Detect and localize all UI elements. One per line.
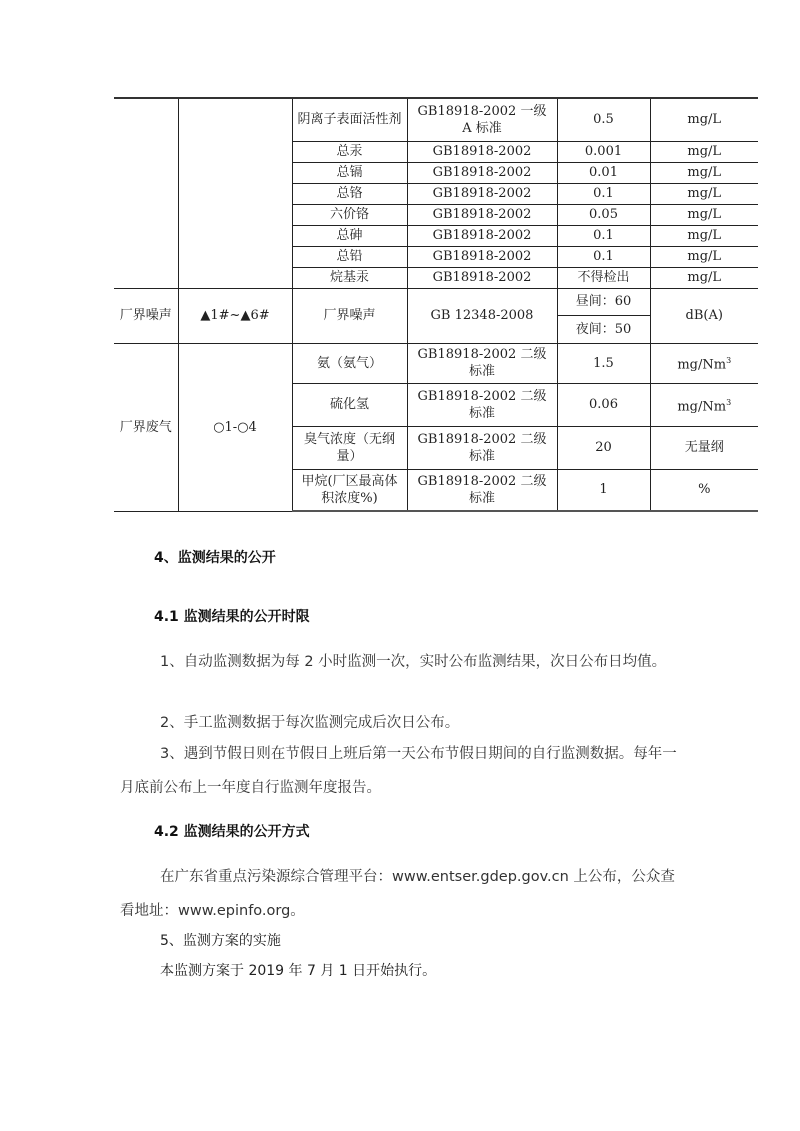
unit-text: mg/Nm (677, 358, 726, 373)
item-cell: 厂界噪声 (292, 288, 407, 343)
item-cell: 氨（氨气） (292, 343, 407, 383)
unit-superscript: 3 (726, 356, 731, 365)
limit-cell: 0.001 (557, 141, 650, 162)
paragraph-4-1-item-3: 3、遇到节假日则在节假日上班后第一天公布节假日期间的自行监测数据。每年一月底前公… (120, 737, 680, 805)
standard-cell: GB18918-2002 (407, 267, 557, 288)
category-cell-wastewater (114, 98, 178, 288)
unit-text: mg/Nm (677, 399, 726, 414)
unit-cell: mg/L (650, 162, 758, 183)
item-cell: 总铬 (292, 183, 407, 204)
item-cell: 臭气浓度（无纲量） (292, 426, 407, 469)
unit-cell: mg/L (650, 204, 758, 225)
monitoring-table: 阴离子表面活性剂 GB18918-2002 一级 A 标准 0.5 mg/L 总… (114, 97, 758, 512)
unit-cell: mg/L (650, 183, 758, 204)
standard-cell: GB18918-2002 (407, 183, 557, 204)
section-4-heading: 4、监测结果的公开 (154, 547, 276, 567)
unit-cell: mg/L (650, 267, 758, 288)
limit-cell: 0.5 (557, 98, 650, 141)
standard-cell: GB18918-2002 二级标准 (407, 343, 557, 383)
unit-cell: mg/Nm3 (650, 343, 758, 383)
standard-cell: GB18918-2002 二级标准 (407, 469, 557, 511)
section-5-heading: 5、监测方案的实施 (160, 930, 281, 950)
item-cell: 总镉 (292, 162, 407, 183)
paragraph-4-1-item-2: 2、手工监测数据于每次监测完成后次日公布。 (120, 706, 680, 740)
standard-cell: GB18918-2002 一级 A 标准 (407, 98, 557, 141)
item-cell: 阴离子表面活性剂 (292, 98, 407, 141)
unit-cell: mg/L (650, 98, 758, 141)
limit-cell: 20 (557, 426, 650, 469)
unit-cell: dB(A) (650, 288, 758, 343)
limit-cell: 0.1 (557, 225, 650, 246)
limit-cell: 0.05 (557, 204, 650, 225)
table-row-noise: 厂界噪声 ▲1#~▲6# 厂界噪声 GB 12348-2008 昼间：60 dB… (114, 288, 758, 315)
table-row: 阴离子表面活性剂 GB18918-2002 一级 A 标准 0.5 mg/L (114, 98, 758, 141)
standard-cell: GB18918-2002 (407, 204, 557, 225)
category-cell-noise: 厂界噪声 (114, 288, 178, 343)
limit-cell: 0.1 (557, 183, 650, 204)
paragraph-5: 本监测方案于 2019 年 7 月 1 日开始执行。 (160, 960, 436, 980)
unit-cell: mg/L (650, 141, 758, 162)
points-cell-noise: ▲1#~▲6# (178, 288, 292, 343)
item-cell: 总汞 (292, 141, 407, 162)
paragraph-4-1-item-1: 1、自动监测数据为每 2 小时监测一次，实时公布监测结果，次日公布日均值。 (120, 645, 680, 679)
standard-cell: GB18918-2002 (407, 225, 557, 246)
section-4-1-heading: 4.1 监测结果的公开时限 (154, 606, 310, 626)
item-cell: 硫化氢 (292, 383, 407, 426)
paragraph-4-2: 在广东省重点污染源综合管理平台：www.entser.gdep.gov.cn 上… (120, 860, 680, 928)
standard-cell: GB 12348-2008 (407, 288, 557, 343)
limit-cell: 0.06 (557, 383, 650, 426)
standard-cell: GB18918-2002 二级标准 (407, 383, 557, 426)
points-cell-wastewater (178, 98, 292, 288)
points-cell-gas: ○1-○4 (178, 343, 292, 511)
standard-cell: GB18918-2002 (407, 141, 557, 162)
standard-cell: GB18918-2002 二级标准 (407, 426, 557, 469)
item-cell: 烷基汞 (292, 267, 407, 288)
category-cell-gas: 厂界废气 (114, 343, 178, 511)
unit-cell: 无量纲 (650, 426, 758, 469)
standard-cell: GB18918-2002 (407, 246, 557, 267)
limit-cell: 0.1 (557, 246, 650, 267)
section-4-2-heading: 4.2 监测结果的公开方式 (154, 821, 310, 841)
limit-cell: 0.01 (557, 162, 650, 183)
limit-day-cell: 昼间：60 (557, 288, 650, 315)
unit-cell: mg/L (650, 225, 758, 246)
table-row: 厂界废气 ○1-○4 氨（氨气） GB18918-2002 二级标准 1.5 m… (114, 343, 758, 383)
limit-cell: 不得检出 (557, 267, 650, 288)
limit-cell: 1 (557, 469, 650, 511)
item-cell: 总铅 (292, 246, 407, 267)
unit-superscript: 3 (726, 398, 731, 407)
unit-cell: mg/L (650, 246, 758, 267)
limit-cell: 1.5 (557, 343, 650, 383)
item-cell: 总砷 (292, 225, 407, 246)
unit-cell: % (650, 469, 758, 511)
unit-cell: mg/Nm3 (650, 383, 758, 426)
limit-night-cell: 夜间：50 (557, 315, 650, 343)
item-cell: 甲烷(厂区最高体积浓度%) (292, 469, 407, 511)
standard-cell: GB18918-2002 (407, 162, 557, 183)
item-cell: 六价铬 (292, 204, 407, 225)
